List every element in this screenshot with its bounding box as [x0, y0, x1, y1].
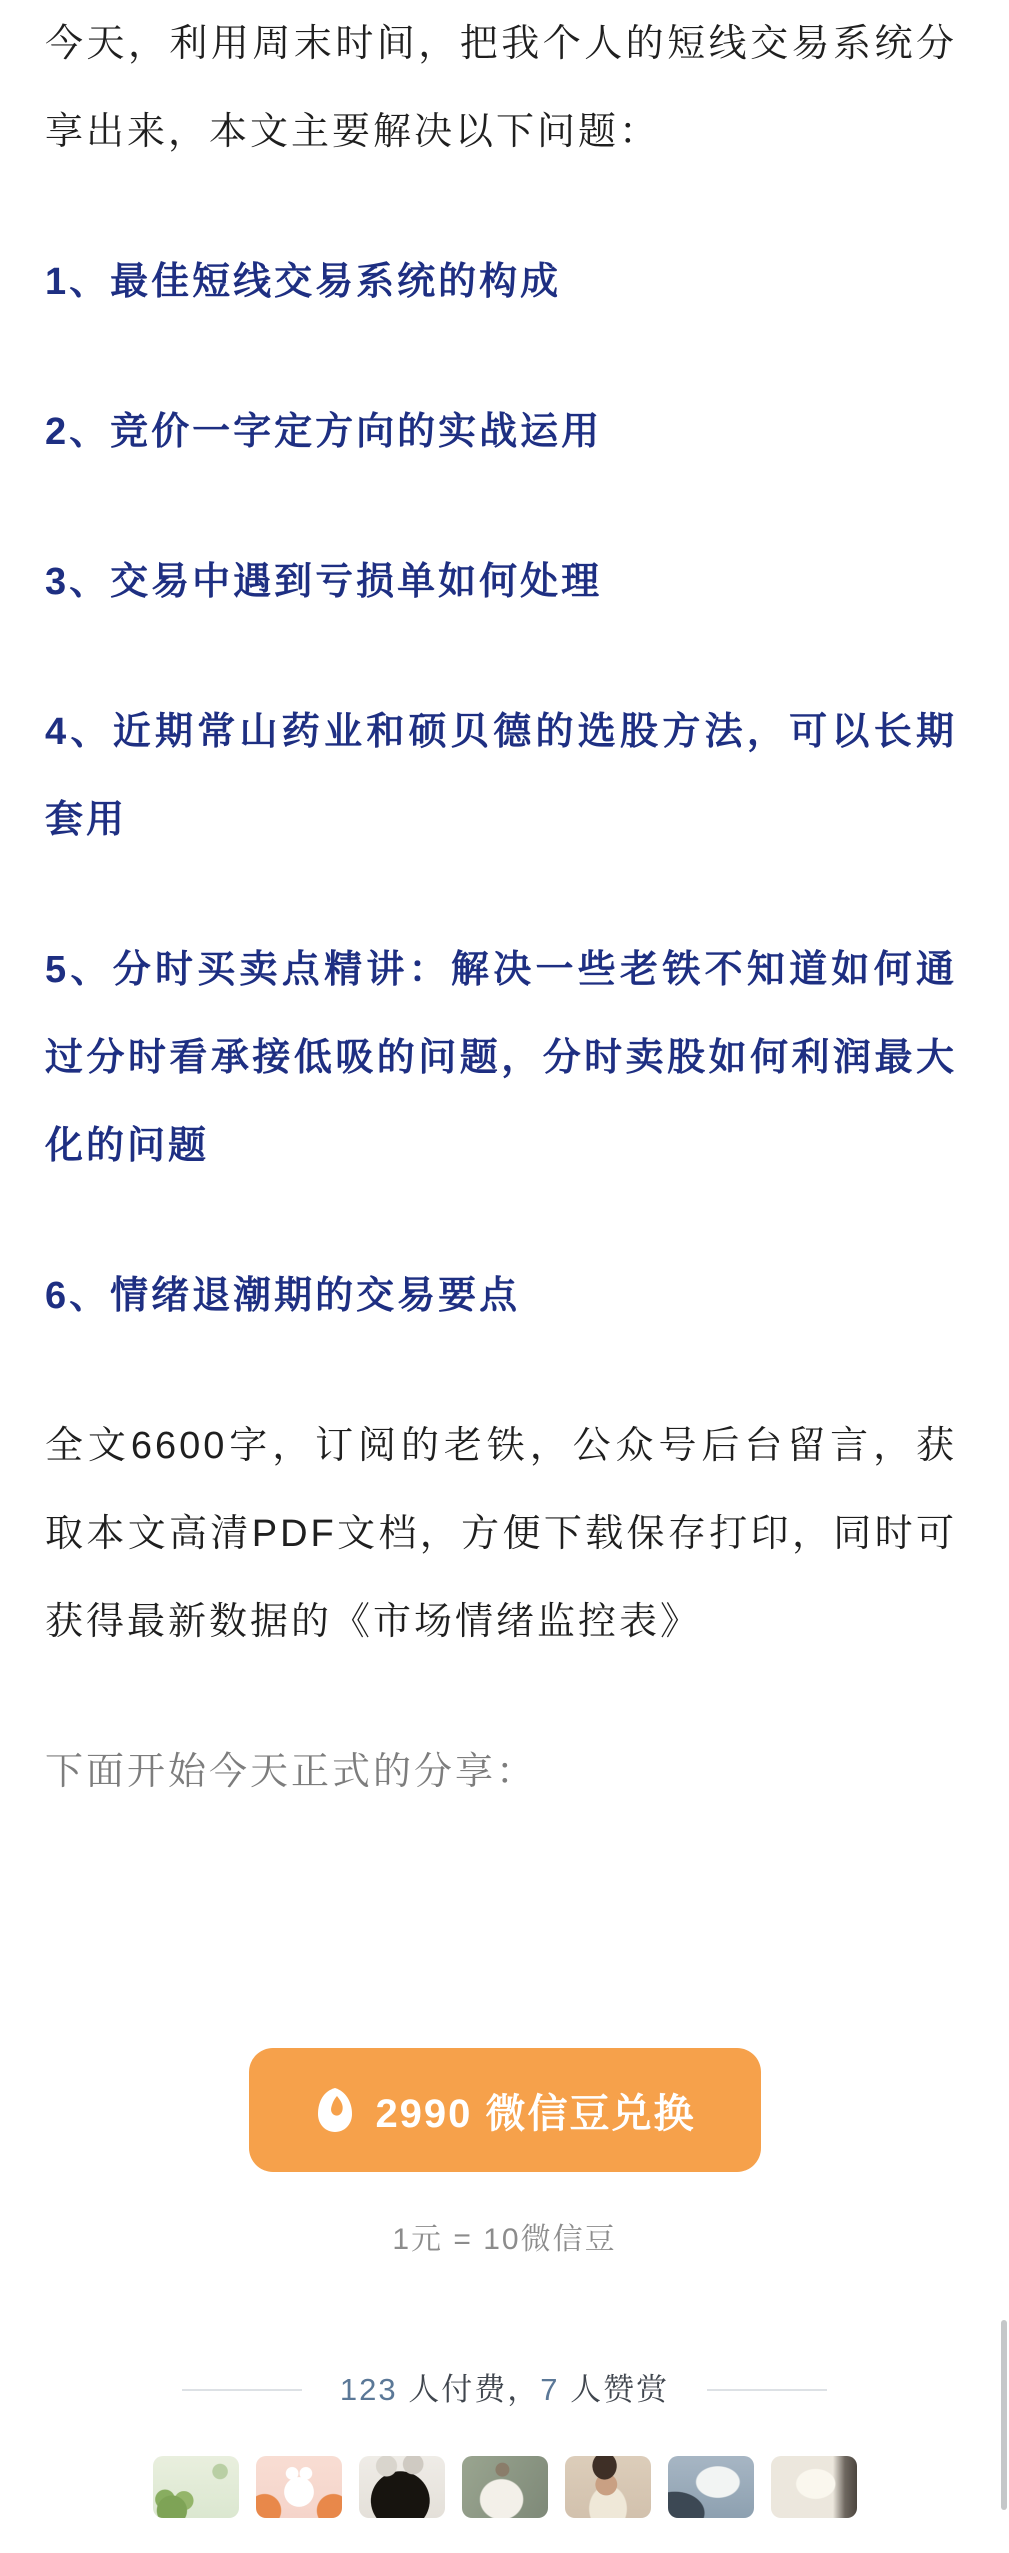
payment-stats-row: 123 人付费，7 人赞赏	[0, 2368, 1009, 2412]
point-5: 5、分时买卖点精讲：解决一些老铁不知道如何通过分时看承接低吸的问题，分时卖股如何…	[45, 926, 957, 1190]
avatar	[771, 2456, 857, 2518]
lead-paragraph: 下面开始今天正式的分享：	[45, 1728, 957, 1816]
point-6: 6、情绪退潮期的交易要点	[45, 1252, 957, 1340]
avatar	[153, 2456, 239, 2518]
supporter-avatar-row[interactable]	[0, 2456, 1009, 2518]
left-divider-line	[182, 2389, 302, 2391]
point-3: 3、交易中遇到亏损单如何处理	[45, 538, 957, 626]
avatar	[668, 2456, 754, 2518]
paid-count: 123	[340, 2372, 398, 2407]
point-1: 1、最佳短线交易系统的构成	[45, 238, 957, 326]
redeem-button[interactable]: 2990 微信豆兑换	[249, 2048, 761, 2172]
avatar	[462, 2456, 548, 2518]
point-4: 4、近期常山药业和硕贝德的选股方法，可以长期套用	[45, 688, 957, 864]
reward-label: 人赞赏	[559, 2372, 669, 2407]
avatar	[256, 2456, 342, 2518]
payment-stats-text: 123 人付费，7 人赞赏	[340, 2368, 669, 2412]
paywall-section: 2990 微信豆兑换	[0, 2048, 1009, 2172]
reward-count: 7	[540, 2372, 559, 2407]
scrollbar-thumb[interactable]	[1001, 2320, 1007, 2510]
point-2: 2、竞价一字定方向的实战运用	[45, 388, 957, 476]
exchange-rate-text: 1元 = 10微信豆	[0, 2218, 1009, 2262]
subscribe-note-paragraph: 全文6600字，订阅的老铁，公众号后台留言，获取本文高清PDF文档，方便下载保存…	[45, 1402, 957, 1666]
avatar	[565, 2456, 651, 2518]
article-page: 今天，利用周末时间，把我个人的短线交易系统分享出来，本文主要解决以下问题： 1、…	[0, 0, 1009, 2553]
intro-paragraph: 今天，利用周末时间，把我个人的短线交易系统分享出来，本文主要解决以下问题：	[45, 0, 957, 176]
avatar	[359, 2456, 445, 2518]
redeem-button-label: 2990 微信豆兑换	[375, 2082, 695, 2139]
paid-label: 人付费，	[398, 2372, 541, 2407]
right-divider-line	[707, 2389, 827, 2391]
article-body: 今天，利用周末时间，把我个人的短线交易系统分享出来，本文主要解决以下问题： 1、…	[0, 0, 1009, 1816]
wechat-bean-icon	[313, 2086, 357, 2134]
